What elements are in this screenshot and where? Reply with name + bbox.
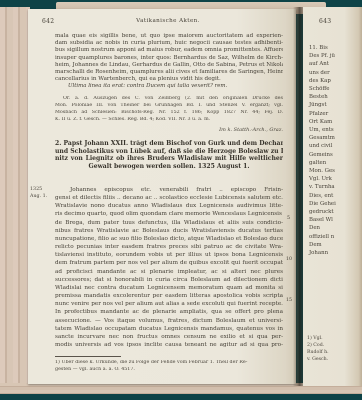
right-page-sliver: 643 11. BisDes Pf. jüauf Antuns derdes K… <box>303 7 362 386</box>
fragment-line: Den <box>309 224 362 232</box>
archive-reference: Im k. Statth.-Arch., Graz. <box>55 127 283 133</box>
charter-line: sancte incurvare nec non fructus omnes c… <box>55 333 283 341</box>
heading-line: nitz von Liegnitz ob ihres Bruders Wladi… <box>55 155 283 163</box>
subscription-line: Ultima linea ita erat: contra Ducem qui … <box>55 83 296 89</box>
citation-line: Mon. Poloniae III. von Theiner bei Grünh… <box>55 103 283 110</box>
fragment-footnote-line: v. Gesch. <box>307 357 362 364</box>
charter-line: nuncupatione, filio ac suo filio Bolesla… <box>55 235 283 243</box>
fragment-line: Vgl. Urk <box>309 175 362 183</box>
heading-line: Gewalt bewogen werden sollen. 1325 Augus… <box>55 163 283 171</box>
left-page: 642 Vatikanische Akten. mala quae eis si… <box>28 9 296 384</box>
fragment-line: Ort Kam <box>309 118 362 126</box>
fragment-line: Johann <box>309 249 362 257</box>
fragment-line: 11. Bis <box>309 44 362 52</box>
charter-line: relicto pecunias inter easdem fratres pr… <box>55 243 283 251</box>
footnote-line: gesten — vgl. auch a. a. O. 4517. <box>55 367 283 374</box>
charter-line: Wratislavie nono ducatus anno Wladislaus… <box>55 202 283 210</box>
right-page-text-fragments: 11. BisDes Pf. jüauf Antuns derdes KapSc… <box>309 44 362 257</box>
charter-line: de Brega, dum pater tuus defunctus, illa… <box>55 219 283 227</box>
fragment-line: des Kap <box>309 77 362 85</box>
fragment-line: gedruckt <box>309 208 362 216</box>
charter-line: nunc venire per nos vel per alium aut al… <box>55 300 283 308</box>
book-photo: 642 Vatikanische Akten. mala quae eis si… <box>0 0 362 400</box>
fragment-line: Pfalzer <box>309 110 362 118</box>
footnote-line: 1) Über diese k. Urkunde, die zu Folge d… <box>55 360 283 367</box>
charter-line: nibus fratres Wratislavie ac Boleslaus d… <box>55 227 283 235</box>
charter-line: ris decimo quarto, quod olim quondam cla… <box>55 210 283 218</box>
text-line: insuper quamplures barones, inter quos: … <box>55 55 283 62</box>
fragment-line: auf Ant <box>309 60 362 68</box>
footnote-rule <box>55 356 121 357</box>
charter-line: ad proficisci mandante ac si plenarie im… <box>55 268 283 276</box>
charter-line: Johannes episcopus etc. venerabili fratr… <box>55 186 283 194</box>
fragment-line: v. Turnha <box>309 183 362 191</box>
right-page-footnote-fragments: 1) Vgl.2) Cod.Rudolf h.v. Gesch. <box>307 336 362 364</box>
margin-date-line: Aug. 1. <box>30 193 47 200</box>
fragment-footnote-line: Rudolf h. <box>307 350 362 357</box>
fragment-line: Besteh <box>309 93 362 101</box>
fragment-line: Gemeins <box>309 151 362 159</box>
charter-text: Johannes episcopus etc. venerabili fratr… <box>55 186 283 349</box>
text-line: mala quae eis sigillis bene, ut quo ipse… <box>55 33 283 40</box>
fragment-line: Um, ents <box>309 126 362 134</box>
fragment-line: galten <box>309 159 362 167</box>
heading-line: 2. Papst Johann XXII. trägt dem Bischof … <box>55 140 283 148</box>
source-citation: Or. a. d. Auszügen des C. von Zeißberg (… <box>55 96 283 124</box>
running-title: Vatikanische Akten. <box>88 18 248 24</box>
text-line: heim, Johannes de Lindau, Gerhardus de G… <box>55 62 283 69</box>
latin-paragraph-end: mala quae eis sigillis bene, ut quo ipse… <box>55 33 283 83</box>
footnote: 1) Über diese k. Urkunde, die zu Folge d… <box>55 360 283 374</box>
left-page-edges <box>0 7 30 387</box>
fragment-line: Des Pf. jü <box>309 52 362 60</box>
fragment-line: Gesamtm <box>309 134 362 142</box>
charter-line: tatem Wladislao occupatam ducatus Legnic… <box>55 325 283 333</box>
charter-line: successores; dat si honorabili in curia … <box>55 276 283 284</box>
margin-date-line: 1325 <box>30 186 47 193</box>
fragment-line: Mon. Ges <box>309 167 362 175</box>
fragment-line: Basel Wl <box>309 216 362 224</box>
fragment-line: Schöffe <box>309 85 362 93</box>
charter-line: dem fratrum partem per nos vel per alium… <box>55 259 283 267</box>
citation-line: Mosbach ad Schlesien: Bischofs-Reg. Nr. … <box>55 110 283 117</box>
fragment-line: offiziell n <box>309 233 362 241</box>
fragment-line: uns der <box>309 69 362 77</box>
charter-line: gensi et dilectis filiis .. decano ac ..… <box>55 194 283 202</box>
charter-line: In profectibus mandante ac de plenarie a… <box>55 308 283 316</box>
margin-date: 1325Aug. 1. <box>30 186 47 201</box>
right-page-number: 643 <box>319 18 331 25</box>
line-number-10: 10 <box>286 257 292 262</box>
charter-line: premissa mandatis excolerentur per easde… <box>55 292 283 300</box>
line-number-15: 15 <box>286 298 292 303</box>
text-line: bus sigillum nostrum apponi ad maius rob… <box>55 47 283 54</box>
left-page-number: 642 <box>42 18 54 25</box>
citation-line: Or. a. d. Auszügen des C. von Zeißberg (… <box>55 96 283 103</box>
fragment-line: Dies, ent <box>309 192 362 200</box>
text-line: marschalli de Rosenheim, quamplures alii… <box>55 69 283 76</box>
charter-line: tislaviensi instituto, eorundem vobis ut… <box>55 251 283 259</box>
citation-line: K. II u. Z. f. Gesch. — Schles. Reg. Bd.… <box>55 117 283 124</box>
heading-line: und Scholastikus von Lübek auf, daß sie … <box>55 148 283 156</box>
fragment-footnote-line: 1) Vgl. <box>307 336 362 343</box>
charter-line: modis universis ad vos ipsos inclite cau… <box>55 341 283 349</box>
fragment-footnote-line: 2) Cod. <box>307 343 362 350</box>
fragment-line: und civil <box>309 142 362 150</box>
document-heading: 2. Papst Johann XXII. trägt dem Bischof … <box>55 140 283 170</box>
line-number-5: 5 <box>287 216 290 221</box>
fragment-line: Jüngst <box>309 101 362 109</box>
charter-line: assecucione. — Vos itaque volumus, fratr… <box>55 317 283 325</box>
fragment-line: Dem <box>309 241 362 249</box>
fragment-line: Die Gehei <box>309 200 362 208</box>
charter-line: Wladislai nec contra ducatum Legnicensem… <box>55 284 283 292</box>
text-line: dam subsidia ac nobis in curia plurium, … <box>55 40 283 47</box>
